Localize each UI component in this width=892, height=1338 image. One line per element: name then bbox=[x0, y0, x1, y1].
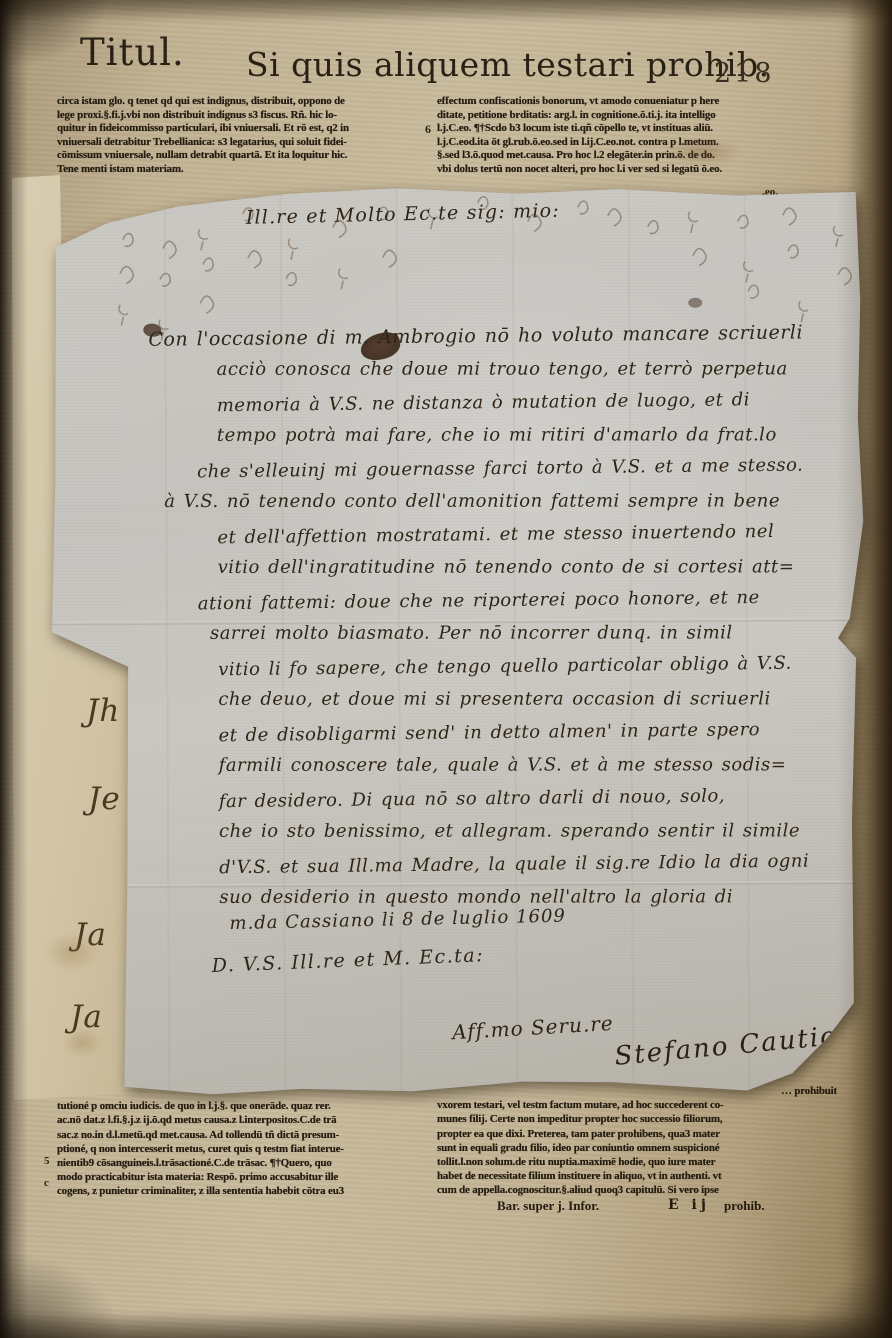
quire-signature: E ij bbox=[668, 1198, 710, 1212]
printed-line: cum de appella.cognoscitur.§.aliud quoq3… bbox=[437, 1183, 837, 1197]
letter-valediction: D. V.S. Ill.re et M. Ec.ta: bbox=[211, 944, 484, 977]
handwritten-line: d'V.S. et sua Ill.ma Madre, la quale il … bbox=[219, 844, 866, 884]
footer-citation: Bar. super j. Infor. bbox=[497, 1199, 599, 1212]
margin-note: c bbox=[44, 1172, 50, 1194]
letter-salutation: Ill.re et Molto Ec.te sig: mio: bbox=[246, 200, 561, 229]
margin-note: 5 bbox=[44, 1150, 50, 1172]
printed-line: Tene menti istam materiam. bbox=[57, 163, 349, 177]
handwritten-line: vitio dell'ingratitudine nō tenendo cont… bbox=[218, 550, 865, 584]
running-title: Si quis aliquem testari prohib. bbox=[246, 48, 770, 81]
printed-column-top-left: circa istam glo. q tenet qd qui est indi… bbox=[57, 95, 349, 177]
printed-line: sunt in equali gradu filio, ideo par con… bbox=[437, 1141, 837, 1155]
handwritten-line: acciò conosca che doue mi trouo tengo, e… bbox=[217, 352, 864, 386]
margin-note: 6 bbox=[425, 123, 431, 135]
printed-line: modo practicabitur ista materia: Respō. … bbox=[57, 1170, 344, 1184]
handwritten-line: memoria à V.S. ne distanza ò mutation de… bbox=[217, 382, 864, 422]
printed-line: tutioné p omciu iudicis. de quo in l.j.§… bbox=[57, 1099, 344, 1113]
printed-line: lege proxi.§.fi.j.vbi non distribuit ind… bbox=[57, 109, 349, 123]
printed-line: tollit.l.non solum.de ritu nuptia.maximē… bbox=[437, 1155, 837, 1169]
printed-column-bottom-right: … prohibuit vxorem testari, vel testm fa… bbox=[437, 1084, 837, 1198]
printed-line: vniuersali detrabitur Trebellianica: s3 … bbox=[57, 136, 349, 150]
footer-catchword: prohib. bbox=[724, 1199, 765, 1212]
handwritten-line: tempo potrà mai fare, che io mi ritiri d… bbox=[217, 418, 864, 452]
printed-line: circa istam glo. q tenet qd qui est indi… bbox=[57, 95, 349, 109]
printed-line: l.j.C.eo. ¶†Scdo b3 locum iste ti.qñ cōp… bbox=[437, 122, 722, 136]
printed-line: vbi dolus tertū non nocet alteri, pro ho… bbox=[437, 163, 722, 177]
handwritten-line: ationi fattemi: doue che ne riporterei p… bbox=[198, 580, 865, 621]
handwritten-line: à V.S. nō tenendo conto dell'amonition f… bbox=[164, 484, 864, 518]
handwritten-line: et dell'affettion mostratami. et me stes… bbox=[217, 514, 864, 554]
handwritten-line: far desidero. Di qua nō so altro darli d… bbox=[219, 778, 866, 818]
handwritten-line: vitio li fo sapere, che tengo quello par… bbox=[218, 646, 865, 686]
printed-line: ac.nō dat.z l.fi.§.j.z ij.ō.qd metus cau… bbox=[57, 1113, 344, 1127]
printed-column-bottom-left: tem virū.l.t tutioné p omciu iudicis. de… bbox=[57, 1085, 344, 1199]
printed-column-top-right: effectum confiscationis bonorum, vt amod… bbox=[437, 95, 722, 177]
printed-line: §.sed l3.ō.quod met.causa. Pro hoc l.2 e… bbox=[437, 149, 722, 163]
printed-line: ptioné, q non intercesserit metus, curet… bbox=[57, 1142, 344, 1156]
printed-line: munes filij. Certe non impeditur propter… bbox=[437, 1112, 837, 1126]
printed-line: effectum confiscationis bonorum, vt amod… bbox=[437, 95, 722, 109]
printed-line: nientib9 cōsanguineis.l.trāsactioné.C.de… bbox=[57, 1156, 344, 1170]
header-section-label: Titul. bbox=[80, 34, 185, 71]
handwritten-line: sarrei molto biasmato. Per nō incorrer d… bbox=[210, 616, 865, 650]
page-number: 218 bbox=[714, 60, 775, 87]
margin-notes-bottom-left: 5 c bbox=[44, 1150, 50, 1194]
handwritten-line: Con l'occasione di m. Ambrogio nō ho vol… bbox=[148, 316, 863, 357]
printed-line: habet de necessitate filium instituere i… bbox=[437, 1169, 837, 1183]
printed-line: propter ea que dixi. Preterea, tam pater… bbox=[437, 1127, 837, 1141]
photograph-of-book-opening: Titul. Si quis aliquem testari prohib. 2… bbox=[0, 0, 892, 1338]
handwritten-line: che deuo, et doue mi si presentera occas… bbox=[218, 682, 865, 716]
ink-smudge bbox=[664, 138, 742, 166]
letter-body: Con l'occasione di m. Ambrogio nō ho vol… bbox=[48, 318, 866, 916]
manuscript-letter-wrapper: Ill.re et Molto Ec.te sig: mio: Con l'oc… bbox=[50, 183, 865, 1098]
printed-line: quitur in fideicommisso particulari, ibi… bbox=[57, 122, 349, 136]
manuscript-letter: Ill.re et Molto Ec.te sig: mio: Con l'oc… bbox=[48, 181, 868, 1100]
handwritten-line: farmili conoscere tale, quale à V.S. et … bbox=[219, 748, 866, 782]
printed-line: sac.z no.in d.l.metū.qd met.causa. Ad to… bbox=[57, 1128, 344, 1142]
handwritten-line: che s'elleuinj mi gouernasse farci torto… bbox=[197, 448, 864, 489]
ink-blot bbox=[688, 298, 702, 308]
handwritten-line: che io sto benissimo, et allegram. spera… bbox=[219, 814, 866, 848]
printed-line: ditate, petitione brditatis: arg.l. in c… bbox=[437, 109, 722, 123]
handwritten-line: et de disobligarmi send' in detto almen'… bbox=[218, 712, 865, 752]
printed-line: cogens, z punietur criminaliter, z illa … bbox=[57, 1184, 344, 1198]
printed-line: l.j.C.eod.ita ōt gl.rub.ō.eo.sed in l.ij… bbox=[437, 136, 722, 150]
printed-line: cōmissum vniuersale, nullam detrabit qua… bbox=[57, 149, 349, 163]
printed-line: vxorem testari, vel testm factum mutare,… bbox=[437, 1098, 837, 1112]
letter-signoff: Aff.mo Seru.re bbox=[451, 1011, 614, 1044]
letter-signature: Stefano Cautio bbox=[613, 1021, 839, 1072]
